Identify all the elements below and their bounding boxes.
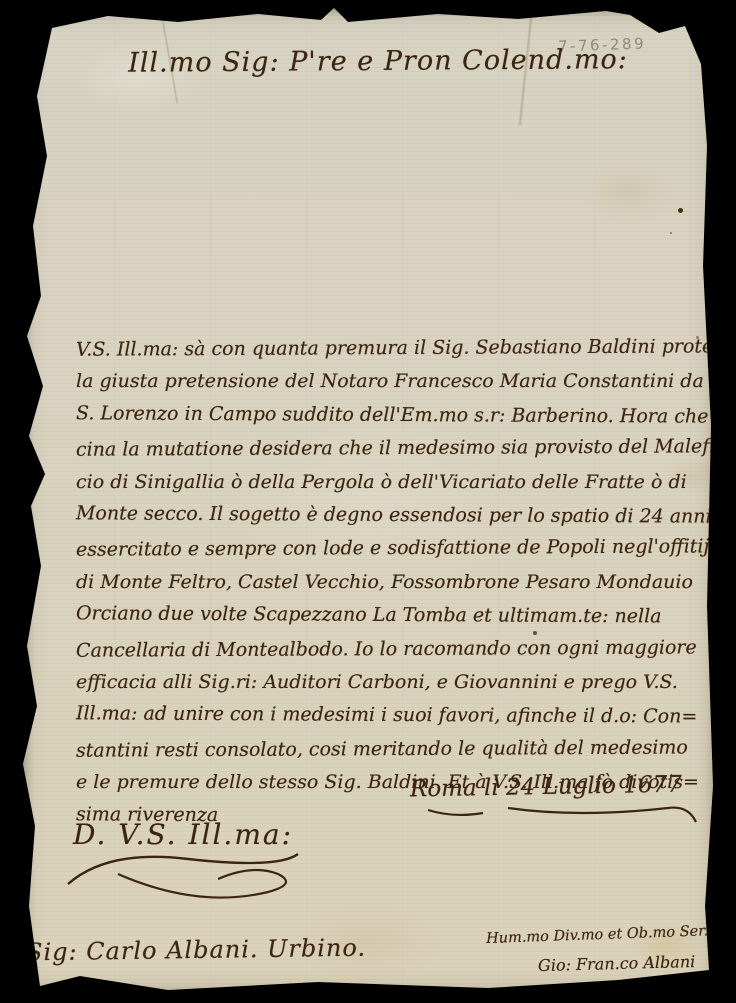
- signature-valediction: Hum.mo Div.mo et Ob.mo Ser.re e fig.o: [486, 921, 736, 947]
- manuscript-line: V.S. Ill.ma: sà con quanta premura il Si…: [76, 330, 722, 367]
- manuscript-line: stantini resti consolato, cosi meritando…: [76, 731, 722, 768]
- manuscript-line: la giusta pretensione del Notaro Frances…: [76, 365, 722, 398]
- manuscript-line: Monte secco. Il sogetto è degno essendos…: [76, 497, 722, 534]
- letter-dateline: Roma li 24 Luglio 1677: [410, 772, 682, 803]
- manuscript-paper: 7-76-289 Ill.mo Sig: P're e Pron Colend.…: [18, 6, 718, 996]
- scan-background: { "letter": { "archival_number": "7-76-2…: [0, 0, 736, 1003]
- manuscript-line: S. Lorenzo in Campo suddito dell'Em.mo s…: [76, 397, 722, 434]
- signature-name: Gio: Fran.co Albani: [538, 952, 696, 975]
- ink-speck: [678, 208, 683, 213]
- manuscript-line: Ill.ma: ad unire con i medesimi i suoi f…: [76, 698, 722, 735]
- letter-body: V.S. Ill.ma: sà con quanta premura il Si…: [76, 332, 722, 833]
- manuscript-line: cina la mutatione desidera che il medesi…: [76, 431, 722, 468]
- manuscript-line: efficacia alli Sig.ri: Auditori Carboni,…: [76, 666, 722, 699]
- letter-address: Sig: Carlo Albani. Urbino.: [26, 934, 366, 967]
- ink-speck: [670, 232, 672, 234]
- manuscript-line: Cancellaria di Montealbodo. Io lo racoma…: [76, 631, 722, 668]
- manuscript-line: essercitato e sempre con lode e sodisfat…: [76, 531, 722, 568]
- manuscript-line: cio di Sinigallia ò della Pergola ò dell…: [76, 466, 722, 499]
- manuscript-line: di Monte Feltro, Castel Vecchio, Fossomb…: [76, 566, 722, 599]
- date-underline-flourish: [418, 802, 708, 842]
- manuscript-line: Orciano due volte Scapezzano La Tomba et…: [76, 598, 722, 635]
- letter-heading: Ill.mo Sig: P're e Pron Colend.mo:: [18, 44, 718, 80]
- closing-flourish: [58, 844, 318, 904]
